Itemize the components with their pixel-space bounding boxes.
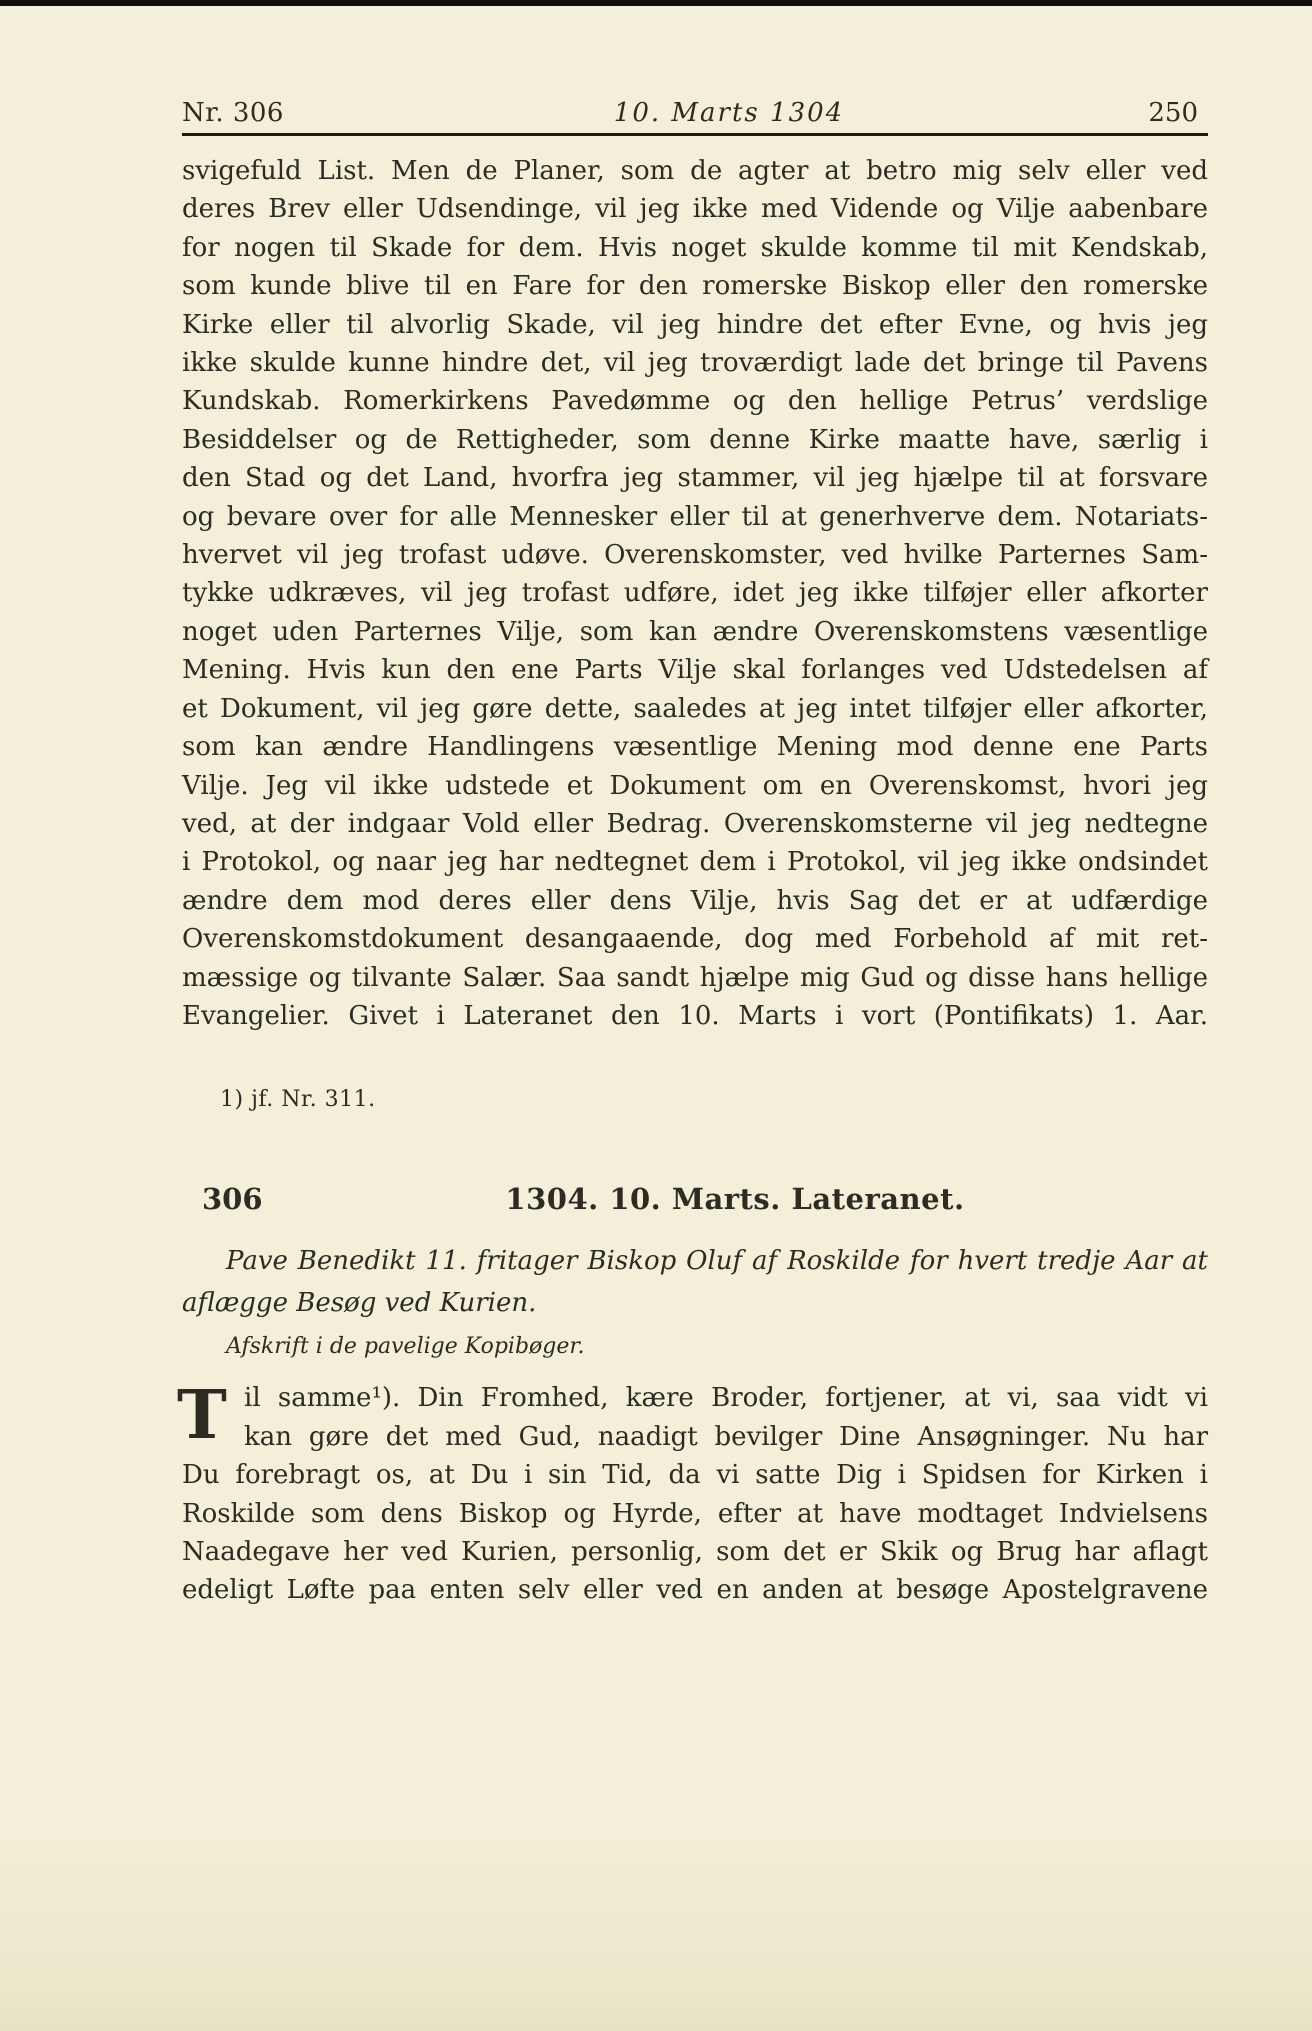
- text-line: ved, at der indgaar Vold eller Bedrag. O…: [182, 805, 1208, 843]
- source-note: Afskrift i de pavelige Kopibøger.: [182, 1334, 1208, 1359]
- text-line: deres Brev eller Udsendinge, vil jeg ikk…: [182, 190, 1208, 228]
- text-line: mæssige og tilvante Salær. Saa sandt hjæ…: [182, 959, 1208, 997]
- drop-cap: T: [177, 1384, 227, 1446]
- text-line: et Dokument, vil jeg gøre dette, saalede…: [182, 690, 1208, 728]
- text-line: Kundskab. Romerkirkens Pavedømme og den …: [182, 382, 1208, 420]
- text-line: svigefuld List. Men de Planer, som de ag…: [182, 152, 1208, 190]
- section-number: 306: [202, 1182, 263, 1216]
- text-line: hvervet vil jeg trofast udøve. Overensko…: [182, 536, 1208, 574]
- page-number: 250: [1148, 98, 1198, 128]
- text-line: noget uden Parternes Vilje, som kan ændr…: [182, 613, 1208, 651]
- text-line: i Protokol, og naar jeg har nedtegnet de…: [182, 843, 1208, 881]
- section-summary: Pave Benedikt 11. fritager Biskop Oluf a…: [182, 1240, 1208, 1324]
- text-line: Pave Benedikt 11. fritager Biskop Oluf a…: [182, 1240, 1208, 1282]
- text-line: som kunde blive til en Fare for den rome…: [182, 267, 1208, 305]
- text-line: tykke udkræves, vil jeg trofast udføre, …: [182, 574, 1208, 612]
- letter-text: T il samme¹). Din Fromhed, kære Broder, …: [182, 1379, 1208, 1609]
- text-line: kan gøre det med Gud, naadigt bevilger D…: [182, 1418, 1208, 1456]
- text-line: Du forebragt os, at Du i sin Tid, da vi …: [182, 1456, 1208, 1494]
- text-line: Vilje. Jeg vil ikke udstede et Dokument …: [182, 767, 1208, 805]
- text-line: som kan ændre Handlingens væsentlige Men…: [182, 728, 1208, 766]
- text-line: ikke skulde kunne hindre det, vil jeg tr…: [182, 344, 1208, 382]
- text-line: for nogen til Skade for dem. Hvis noget …: [182, 229, 1208, 267]
- document-number-label: Nr. 306: [182, 98, 284, 128]
- section-title: 1304. 10. Marts. Lateranet.: [505, 1182, 964, 1216]
- text-line: Kirke eller til alvorlig Skade, vil jeg …: [182, 306, 1208, 344]
- text-line: ændre dem mod deres eller dens Vilje, hv…: [182, 882, 1208, 920]
- letter-lines: il samme¹). Din Fromhed, kære Broder, fo…: [182, 1379, 1208, 1609]
- text-line: edeligt Løfte paa enten selv eller ved e…: [182, 1571, 1208, 1609]
- scanned-book-page: Nr. 306 10. Marts 1304 250 svigefuld Lis…: [0, 0, 1312, 2031]
- text-line: aflægge Besøg ved Kurien.: [182, 1282, 1208, 1324]
- page-content: Nr. 306 10. Marts 1304 250 svigefuld Lis…: [182, 0, 1208, 1610]
- running-header: Nr. 306 10. Marts 1304 250: [182, 96, 1208, 136]
- section-heading: 306 1304. 10. Marts. Lateranet.: [182, 1182, 1208, 1222]
- text-line: Naadegave her ved Kurien, personlig, som…: [182, 1533, 1208, 1571]
- text-line: og bevare over for alle Mennesker eller …: [182, 498, 1208, 536]
- running-title: 10. Marts 1304: [614, 98, 844, 128]
- text-line: Besiddelser og de Rettigheder, som denne…: [182, 421, 1208, 459]
- text-line: Mening. Hvis kun den ene Parts Vilje ska…: [182, 651, 1208, 689]
- text-line: Evangelier. Givet i Lateranet den 10. Ma…: [182, 997, 1208, 1035]
- text-line: den Stad og det Land, hvorfra jeg stamme…: [182, 459, 1208, 497]
- footnote: 1) jf. Nr. 311.: [182, 1087, 1208, 1112]
- text-line: Roskilde som dens Biskop og Hyrde, efter…: [182, 1495, 1208, 1533]
- text-line: il samme¹). Din Fromhed, kære Broder, fo…: [182, 1379, 1208, 1417]
- text-line: Overenskomstdokument desangaaende, dog m…: [182, 920, 1208, 958]
- document-body-text: svigefuld List. Men de Planer, som de ag…: [182, 152, 1208, 1035]
